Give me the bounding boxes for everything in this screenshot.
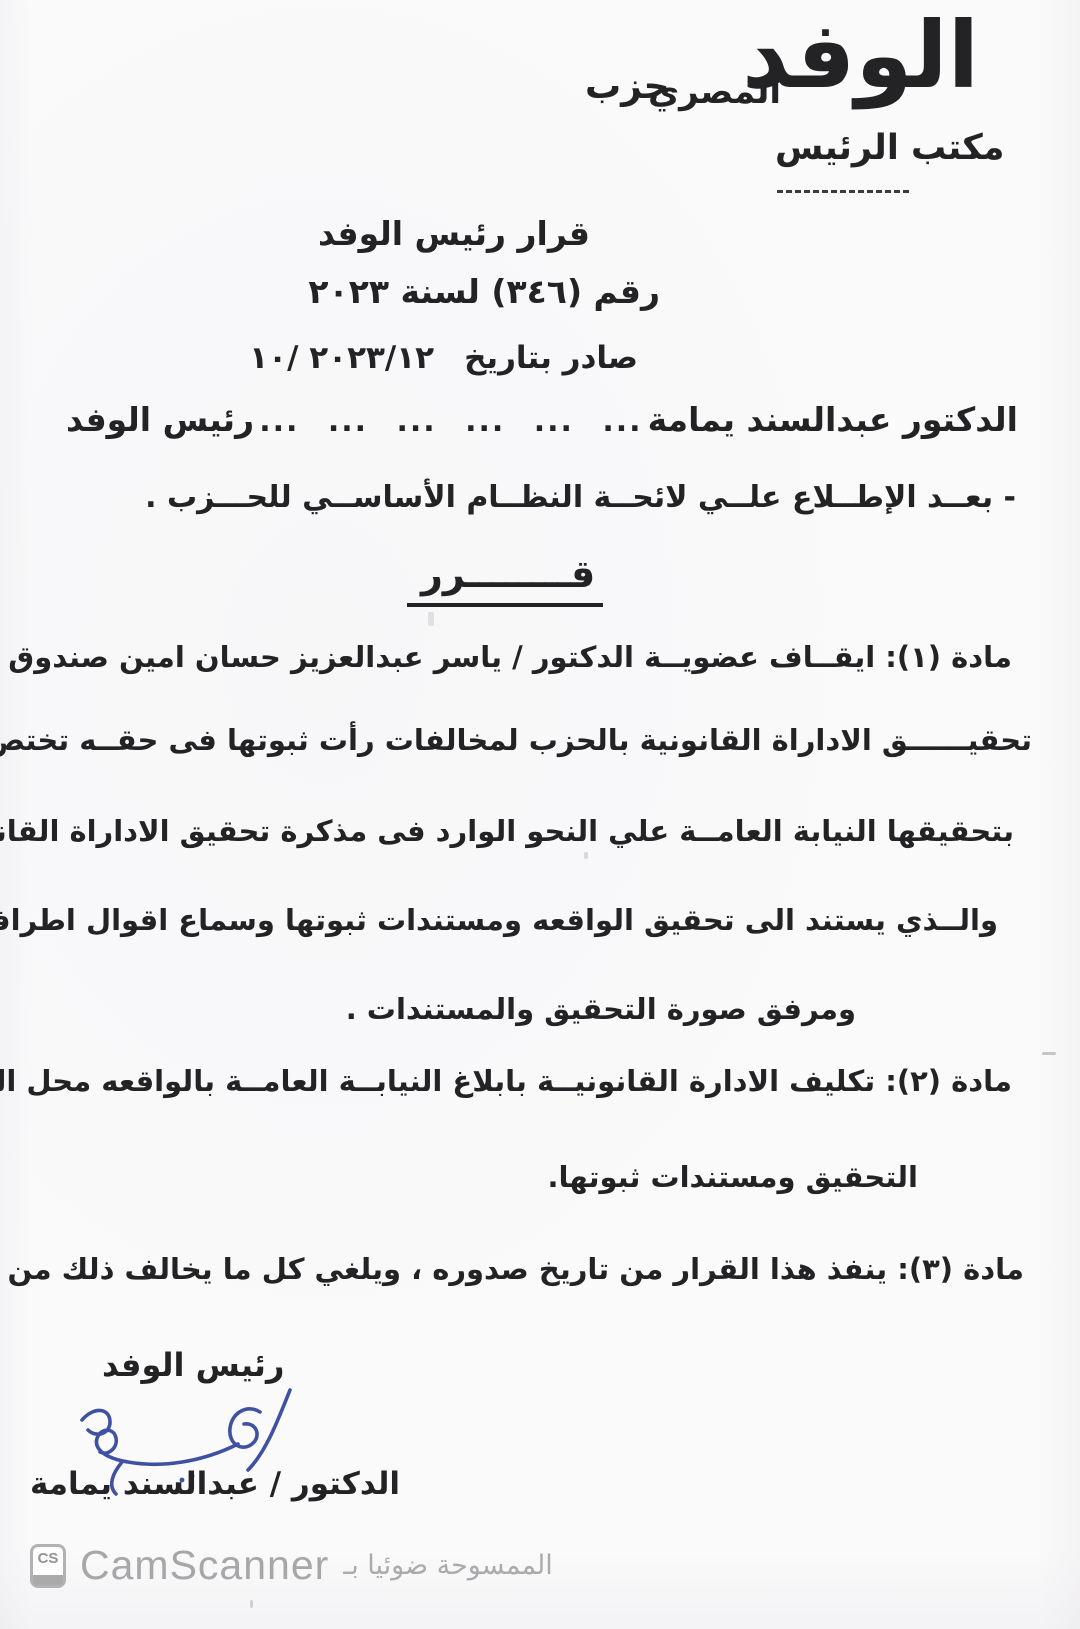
article1-line2: تحقيــــــق الاداراة القانونية بالحزب لم… xyxy=(0,723,1032,757)
issued-label: صادر بتاريخ xyxy=(464,340,638,376)
issued-date: ٢٠٢٣/١٢ /١٠ xyxy=(249,340,434,376)
party-name-big: الوفد xyxy=(742,2,979,109)
camscanner-icon-bar xyxy=(33,1575,63,1585)
article1-line5: ومرفق صورة التحقيق والمستندات . xyxy=(346,992,856,1026)
signature-title: رئيس الوفد xyxy=(102,1346,284,1384)
scan-speck-under-decided xyxy=(428,612,434,626)
camscanner-icon-label: CS xyxy=(33,1550,63,1567)
camscanner-brand: CamScanner xyxy=(80,1542,329,1589)
scan-speck-dot xyxy=(584,852,588,859)
addressee-title: رئيس الوفد xyxy=(66,400,254,439)
article1-line3: بتحقيقها النيابة العامــة علي النحو الوا… xyxy=(0,814,1014,848)
divider-dashes xyxy=(777,190,909,193)
preamble-line: - بعــد الإطــلاع علــي لائحــة النظــام… xyxy=(145,480,1016,515)
camscanner-arabic-text: الممسوحة ضوئيا بـ xyxy=(343,1550,553,1581)
scan-speck-dash xyxy=(1042,1052,1056,1055)
decided-word: قــــــــرر xyxy=(407,552,603,607)
decree-number: رقم (٣٤٦) لسنة ٢٠٢٣ xyxy=(350,272,660,311)
addressee-dots: ... ... ... ... ... ... xyxy=(259,404,642,439)
scan-speck-bottom xyxy=(250,1600,253,1608)
article1-line1: مادة (١): ايقــاف عضويــة الدكتور / ياسر… xyxy=(0,640,1012,674)
camscanner-icon: CS xyxy=(30,1544,66,1588)
article2-line1: مادة (٢): تكليف الادارة القانونيــة بابل… xyxy=(0,1064,1012,1098)
signatory-name: الدكتور / عبدالسند يمامة xyxy=(30,1466,400,1502)
addressee-name: الدكتور عبدالسند يمامة xyxy=(648,400,1018,439)
article3-line1: مادة (٣): ينفذ هذا القرار من تاريخ صدوره… xyxy=(0,1252,1024,1286)
article2-line2: التحقيق ومستندات ثبوتها. xyxy=(548,1160,918,1194)
article1-line4: والــذي يستند الى تحقيق الواقعه ومستندات… xyxy=(0,903,998,937)
office-label: مكتب الرئيس xyxy=(775,128,1004,168)
decree-title: قرار رئيس الوفد xyxy=(350,214,590,253)
